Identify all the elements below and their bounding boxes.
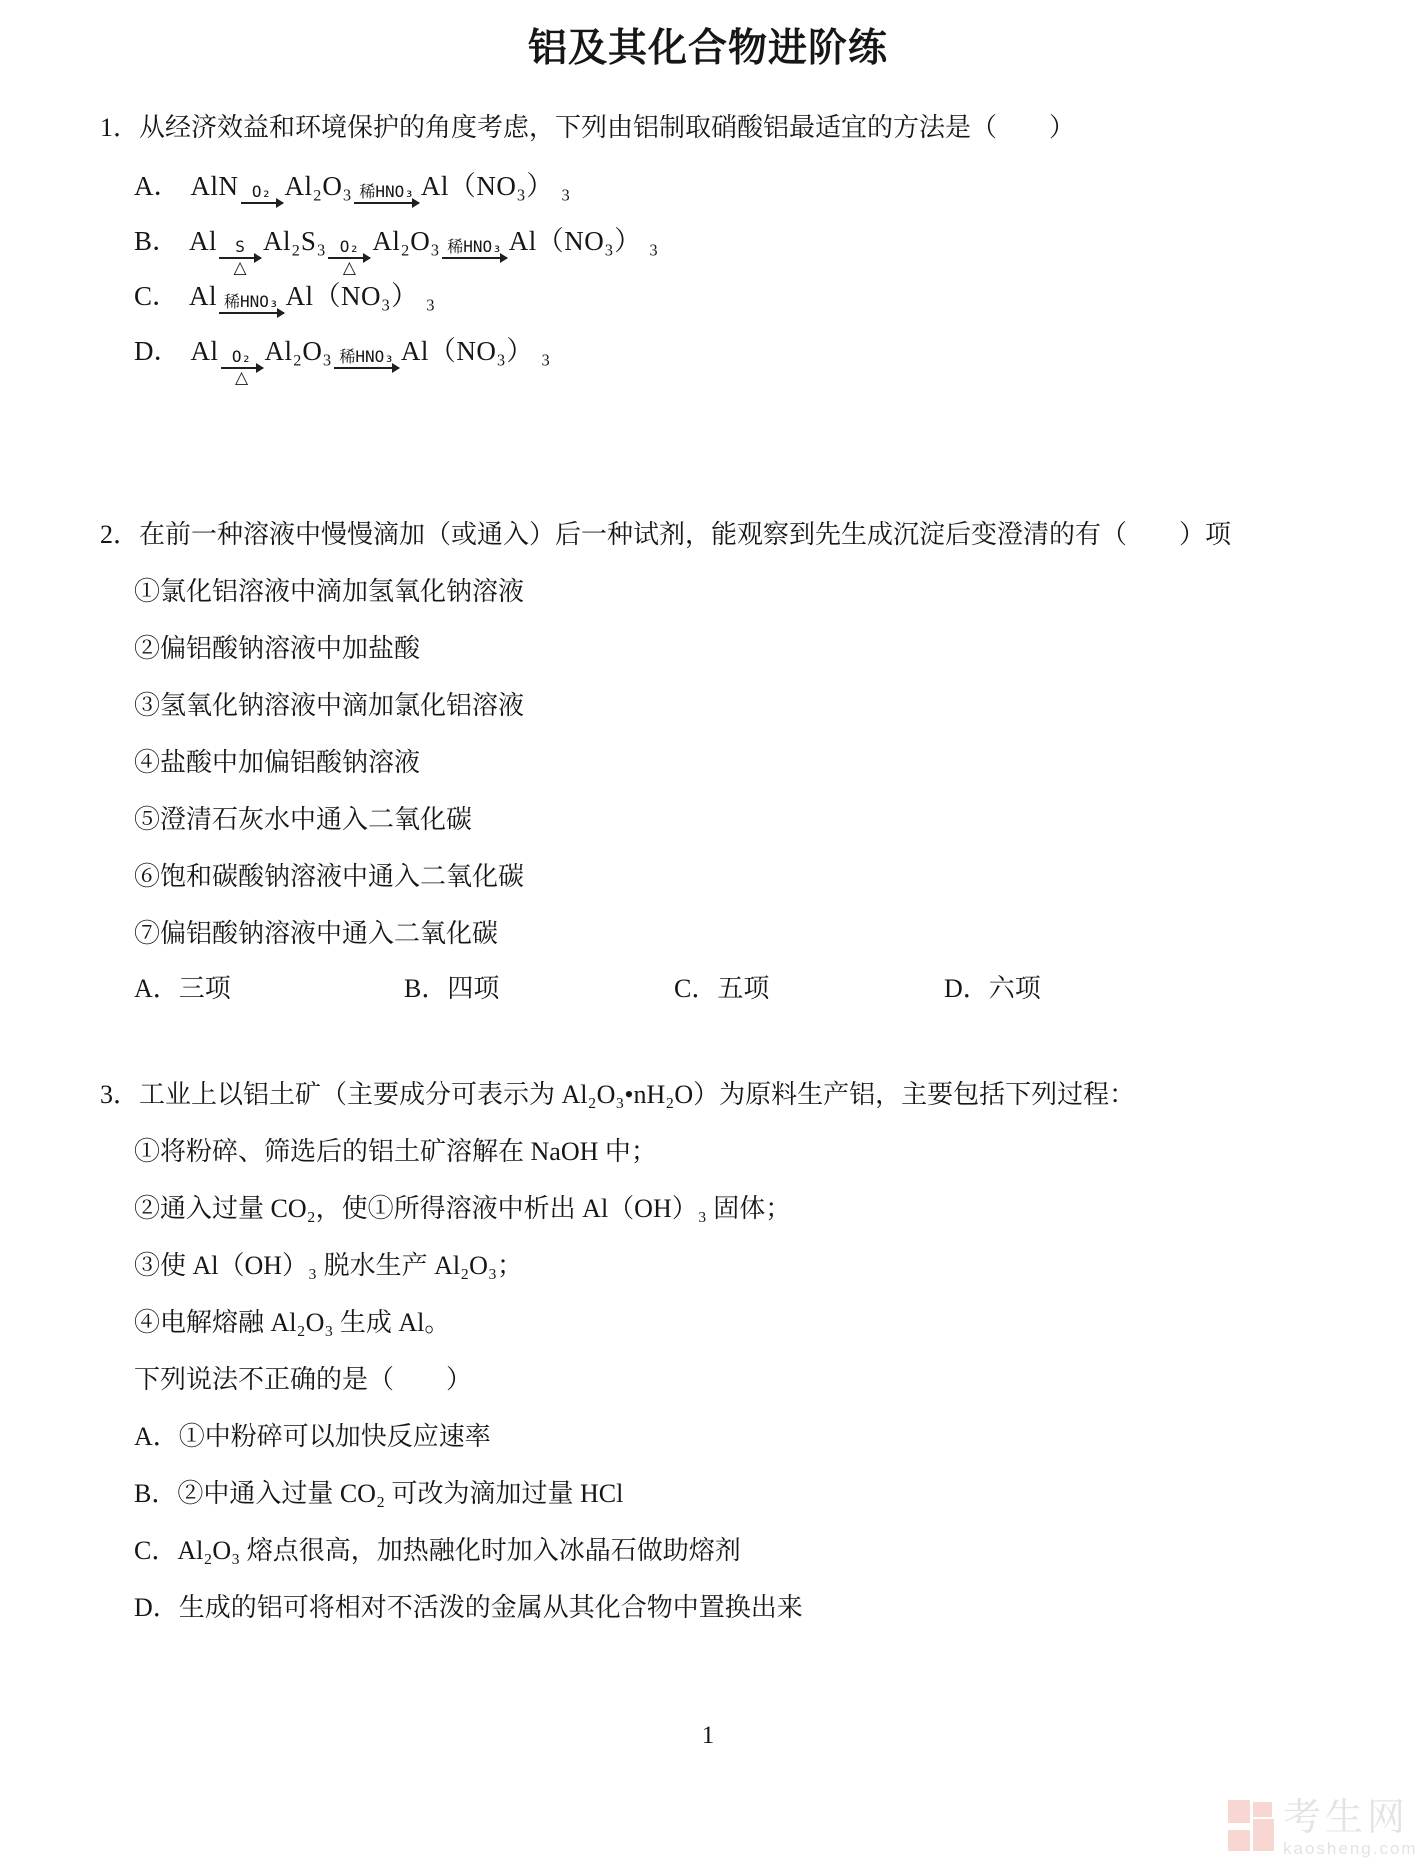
arrow-line [334, 367, 399, 369]
q2-choice-a: A．三项 [134, 971, 404, 1007]
worksheet-page: 铝及其化合物进阶练 1．从经济效益和环境保护的角度考虑，下列由铝制取硝酸铝最适宜… [0, 0, 1416, 1626]
q2-item-2: ②偏铝酸钠溶液中加盐酸 [134, 631, 1330, 667]
q3-choice-d: D．生成的铝可将相对不活泼的金属从其化合物中置换出来 [134, 1590, 1330, 1626]
formula-text: Al₂O₃ [372, 226, 440, 256]
arrow-condition-above: 稀HNO₃ [354, 183, 419, 200]
option-label: A． [134, 171, 181, 201]
formula-text: AlN [191, 171, 239, 201]
arrow-line [219, 312, 284, 314]
q2-stem: 2．在前一种溶液中慢慢滴加（或通入）后一种试剂，能观察到先生成沉淀后变澄清的有（… [100, 517, 1330, 553]
q1-option-d: D．AlO₂△Al₂O₃稀HNO₃Al（NO₃） ₃ [134, 331, 1330, 371]
formula-text: Al（NO₃） ₃ [286, 281, 436, 311]
reaction-arrow-icon: 稀HNO₃ [354, 183, 419, 204]
q2-item-4: ④盐酸中加偏铝酸钠溶液 [134, 745, 1330, 781]
q3-item-2: ②通入过量 CO₂，使①所得溶液中析出 Al（OH）₃ 固体； [134, 1191, 1330, 1227]
q2-item-3: ③氢氧化钠溶液中滴加氯化铝溶液 [134, 688, 1330, 724]
q3-choice-c: C．Al₂O₃ 熔点很高，加热融化时加入冰晶石做助熔剂 [134, 1533, 1330, 1569]
q1-option-c: C．Al稀HNO₃Al（NO₃） ₃ [134, 276, 1330, 316]
question-3: 3．工业上以铝土矿（主要成分可表示为 Al₂O₃•nH₂O）为原料生产铝，主要包… [100, 1077, 1330, 1626]
formula-text: Al（NO₃） ₃ [509, 226, 659, 256]
formula-text: Al（NO₃） ₃ [401, 336, 551, 366]
formula-text: Al₂O₃ [285, 171, 353, 201]
q2-choices: A．三项 B．四项 C．五项 D．六项 [134, 971, 1330, 1007]
reaction-arrow-icon: O₂△ [221, 348, 263, 369]
formula-text: Al₂S₃ [263, 226, 326, 256]
reaction-arrow-icon: 稀HNO₃ [334, 348, 399, 369]
q1-option-a: A．AlNO₂Al₂O₃稀HNO₃Al（NO₃） ₃ [134, 166, 1330, 206]
q1-stem: 1．从经济效益和环境保护的角度考虑，下列由铝制取硝酸铝最适宜的方法是（ ） [100, 110, 1330, 146]
q2-item-6: ⑥饱和碳酸钠溶液中通入二氧化碳 [134, 859, 1330, 895]
arrow-condition-above: 稀HNO₃ [219, 293, 284, 310]
page-content: 1．从经济效益和环境保护的角度考虑，下列由铝制取硝酸铝最适宜的方法是（ ） A．… [0, 110, 1416, 1626]
arrow-line [241, 202, 283, 204]
reaction-arrow-icon: O₂ [241, 183, 283, 204]
arrow-condition-above: 稀HNO₃ [334, 348, 399, 365]
q2-item-7: ⑦偏铝酸钠溶液中通入二氧化碳 [134, 916, 1330, 952]
q2-choice-c: C．五项 [674, 971, 944, 1007]
option-label: C． [134, 281, 179, 311]
q3-item-3: ③使 Al（OH）₃ 脱水生产 Al₂O₃； [134, 1248, 1330, 1284]
q2-item-1: ①氯化铝溶液中滴加氢氧化钠溶液 [134, 574, 1330, 610]
option-label: D． [134, 336, 181, 366]
page-title: 铝及其化合物进阶练 [0, 0, 1416, 72]
watermark-site-url: kaosheng.com [1283, 1839, 1416, 1858]
q2-item-5: ⑤澄清石灰水中通入二氧化碳 [134, 802, 1330, 838]
page-number: 1 [0, 1722, 1416, 1750]
reaction-arrow-icon: O₂△ [328, 238, 370, 259]
chem-formula: AlO₂△Al₂O₃稀HNO₃Al（NO₃） ₃ [191, 336, 551, 366]
chem-formula: AlS△Al₂S₃O₂△Al₂O₃稀HNO₃Al（NO₃） ₃ [189, 226, 659, 256]
reaction-arrow-icon: S△ [219, 238, 261, 259]
arrow-condition-below: △ [235, 369, 248, 386]
arrow-condition-above: 稀HNO₃ [442, 238, 507, 255]
q3-choice-b: B．②中通入过量 CO₂ 可改为滴加过量 HCl [134, 1476, 1330, 1512]
watermark-text: 考生网 kaosheng.com [1283, 1799, 1416, 1858]
formula-text: Al₂O₃ [265, 336, 333, 366]
arrow-line [354, 202, 419, 204]
formula-text: Al [191, 336, 219, 366]
q3-sub-stem: 下列说法不正确的是（ ） [134, 1362, 1330, 1398]
q3-stem: 3．工业上以铝土矿（主要成分可表示为 Al₂O₃•nH₂O）为原料生产铝，主要包… [100, 1077, 1330, 1113]
chem-formula: Al稀HNO₃Al（NO₃） ₃ [189, 281, 436, 311]
reaction-arrow-icon: 稀HNO₃ [219, 293, 284, 314]
arrow-condition-below: △ [233, 259, 246, 276]
reaction-arrow-icon: 稀HNO₃ [442, 238, 507, 259]
kaosheng-logo-icon [1228, 1799, 1274, 1853]
q2-choice-b: B．四项 [404, 971, 674, 1007]
q2-choice-d: D．六项 [944, 971, 1041, 1007]
arrow-line [442, 257, 507, 259]
formula-text: Al [189, 226, 217, 256]
q3-item-4: ④电解熔融 Al₂O₃ 生成 Al。 [134, 1305, 1330, 1341]
chem-formula: AlNO₂Al₂O₃稀HNO₃Al（NO₃） ₃ [191, 171, 571, 201]
formula-text: Al [189, 281, 217, 311]
q3-choice-a: A．①中粉碎可以加快反应速率 [134, 1419, 1330, 1455]
watermark: 考生网 kaosheng.com [1228, 1799, 1416, 1858]
q1-option-b: B．AlS△Al₂S₃O₂△Al₂O₃稀HNO₃Al（NO₃） ₃ [134, 221, 1330, 261]
arrow-condition-below: △ [343, 259, 356, 276]
q3-item-1: ①将粉碎、筛选后的铝土矿溶解在 NaOH 中； [134, 1134, 1330, 1170]
option-label: B． [134, 226, 179, 256]
question-2: 2．在前一种溶液中慢慢滴加（或通入）后一种试剂，能观察到先生成沉淀后变澄清的有（… [100, 517, 1330, 1007]
formula-text: Al（NO₃） ₃ [421, 171, 571, 201]
watermark-site-name: 考生网 [1283, 1799, 1416, 1837]
question-1: 1．从经济效益和环境保护的角度考虑，下列由铝制取硝酸铝最适宜的方法是（ ） A．… [100, 110, 1330, 371]
